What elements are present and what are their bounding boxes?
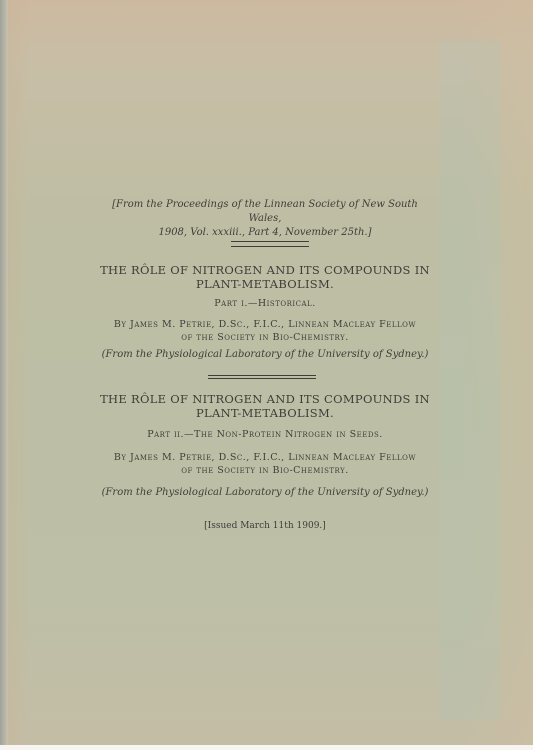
paper2-author-line-2: of the Society in Bio-Chemistry. — [100, 464, 430, 477]
paper1-title-line-1: THE RÔLE OF NITROGEN AND ITS COMPOUNDS I… — [100, 263, 430, 277]
binding-edge — [0, 0, 8, 745]
paper1-author-line-1: By James M. Petrie, D.Sc., F.I.C., Linne… — [100, 318, 430, 331]
paper1-title: THE RÔLE OF NITROGEN AND ITS COMPOUNDS I… — [100, 263, 430, 291]
paper2-author: By James M. Petrie, D.Sc., F.I.C., Linne… — [100, 451, 430, 477]
issued-date: [Issued March 11th 1909.] — [100, 521, 430, 531]
paper1-part: Part i.—Historical. — [100, 297, 430, 310]
paper2-title-line-1: THE RÔLE OF NITROGEN AND ITS COMPOUNDS I… — [100, 392, 430, 406]
source-citation: [From the Proceedings of the Linnean Soc… — [100, 198, 430, 240]
paper2-part: Part ii.—The Non-Protein Nitrogen in See… — [100, 428, 430, 441]
paper2-affiliation: (From the Physiological Laboratory of th… — [100, 486, 430, 500]
paper1-title-line-2: PLANT-METABOLISM. — [100, 277, 430, 291]
paper1-author: By James M. Petrie, D.Sc., F.I.C., Linne… — [100, 318, 430, 344]
rule-divider — [208, 375, 316, 379]
paper2-title: THE RÔLE OF NITROGEN AND ITS COMPOUNDS I… — [100, 392, 430, 420]
double-rule-divider — [231, 241, 309, 247]
source-line-2: 1908, Vol. xxxiii., Part 4, November 25t… — [100, 226, 430, 240]
paper2-title-line-2: PLANT-METABOLISM. — [100, 406, 430, 420]
paper1-affiliation: (From the Physiological Laboratory of th… — [100, 348, 430, 362]
bottom-margin — [0, 745, 533, 750]
document-page: [From the Proceedings of the Linnean Soc… — [0, 0, 533, 745]
paper2-author-line-1: By James M. Petrie, D.Sc., F.I.C., Linne… — [100, 451, 430, 464]
source-line-1: [From the Proceedings of the Linnean Soc… — [100, 198, 430, 226]
paper1-author-line-2: of the Society in Bio-Chemistry. — [100, 331, 430, 344]
